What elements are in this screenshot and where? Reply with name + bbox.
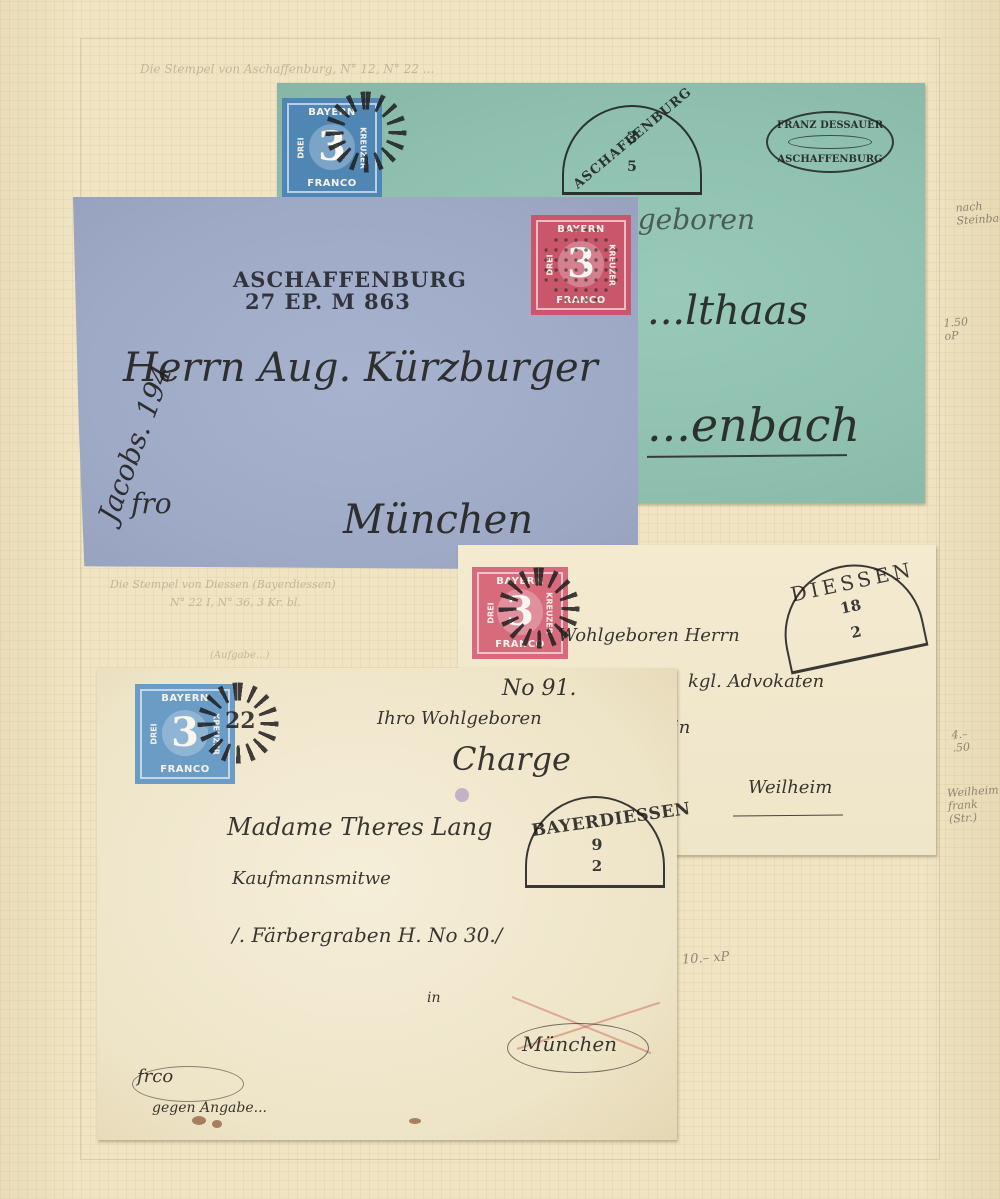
postmark-town: BAYERDIESSEN	[530, 799, 691, 841]
stamp-left-text: DREI	[150, 723, 159, 744]
address-line-1: Ihro Wohlgeboren	[377, 708, 542, 729]
address-line-6: in	[427, 990, 441, 1006]
address-line-1: Wohlgeboren Herrn	[558, 625, 740, 646]
postmark-month: 2	[843, 622, 870, 644]
address-line-4: Weilheim	[748, 777, 832, 798]
cancel-number: 22	[225, 708, 256, 734]
letter-number: No 91.	[502, 676, 576, 701]
postmark-line-1: ASCHAFFENBURG	[233, 269, 467, 291]
address-line-4: Kaufmannsmitwe	[232, 868, 391, 889]
postmark-day: 9	[585, 836, 609, 854]
address-underline	[733, 815, 843, 817]
postmark-month: 5	[622, 159, 642, 175]
postmark-day: 18	[837, 596, 864, 618]
foxing-stain	[212, 1120, 222, 1128]
stamp-bottom-text: FRANCO	[303, 178, 361, 189]
franco-note: gegen Angabe...	[152, 1100, 267, 1116]
postmark-day: 3	[622, 129, 642, 147]
cachet-inner-ring	[788, 135, 872, 149]
album-note-middle-2: N° 22 I, N° 36, 3 Kr. bl.	[170, 596, 301, 609]
stamp-bottom-text: FRANCO	[156, 764, 214, 775]
charge-marking: Charge	[452, 740, 571, 778]
sender-cachet: FRANZ DESSAUER ASCHAFFENBURG	[766, 111, 894, 173]
two-line-postmark: ASCHAFFENBURG 27 EP. M 863	[233, 269, 467, 313]
mill-wheel-cancel-icon	[325, 91, 407, 173]
half-circle-postmark: ASCHAFFENBURG 3 5	[562, 105, 702, 195]
half-circle-postmark: DIESSEN 18 2	[772, 551, 929, 674]
address-underline	[647, 454, 847, 458]
margin-note-price-1: 1.50 oP	[943, 315, 969, 343]
margin-note-price-3: 10.– xP	[682, 950, 730, 966]
stamp-left-text: DREI	[297, 137, 306, 158]
album-page: Die Stempel von Aschaffenburg, N° 12, N°…	[0, 0, 1000, 1199]
address-line-2: kgl. Advokaten	[688, 671, 824, 692]
foxing-stain	[192, 1116, 206, 1125]
margin-note-destination: nach Steinbach	[955, 198, 1000, 227]
half-circle-postmark: BAYERDIESSEN 9 2	[525, 796, 665, 888]
address-line-3: ...enbach	[647, 398, 860, 452]
album-note-middle-3: (Aufgabe...)	[210, 650, 269, 661]
cover-bayerdiessen[interactable]: BAYERN DREI KREUZER 3 FRANCO 22 No 91. I…	[97, 668, 677, 1140]
margin-note-destination-2: Weilheim frank (Str.)	[947, 783, 1000, 825]
address-line-3: Madame Theres Lang	[227, 813, 493, 841]
margin-note-price-2: 4.– .50	[951, 727, 970, 754]
address-line-3: München	[343, 497, 533, 543]
address-line-2: ...lthaas	[647, 288, 808, 334]
dotted-cancel-icon	[541, 225, 621, 305]
address-line-7: München	[522, 1032, 617, 1056]
album-note-middle-1: Die Stempel von Diessen (Bayerdiessen)	[110, 578, 336, 591]
postmark-month: 2	[585, 858, 609, 875]
address-line-1: Herrn Aug. Kürzburger	[123, 345, 598, 391]
address-line-5: /. Färbergraben H. No 30./	[232, 923, 502, 947]
album-note-top: Die Stempel von Aschaffenburg, N° 12, N°…	[140, 62, 434, 76]
foxing-stain	[409, 1118, 421, 1124]
violet-ink-spot	[455, 788, 469, 802]
franco-oval	[132, 1066, 244, 1102]
postmark-line-2: 27 EP. M 863	[233, 291, 467, 313]
cover-aschaffenburg-blue[interactable]: BAYERN DREI KREUZER 3 FRANCO ASCHAFFENBU…	[73, 197, 638, 570]
cachet-line-1: FRANZ DESSAUER	[768, 120, 892, 131]
cachet-line-2: ASCHAFFENBURG	[768, 154, 892, 165]
address-franco: fro	[131, 487, 172, 520]
stamp-left-text: DREI	[487, 602, 496, 623]
